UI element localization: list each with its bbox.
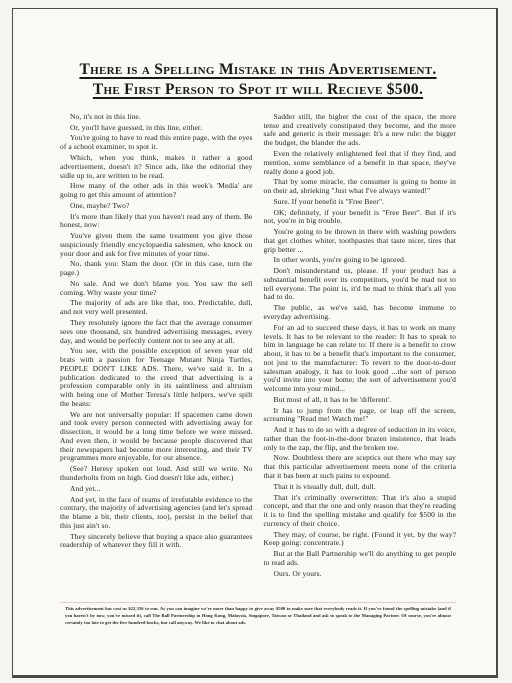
paragraph: (See? Heresy spoken out loud. And still … xyxy=(60,465,253,483)
paragraph: And yet, in the face of reams of irrefut… xyxy=(60,496,253,531)
headline-line-1: There is a Spelling Mistake in this Adve… xyxy=(60,60,456,80)
left-column: No, it's not in this line. Or, you'll ha… xyxy=(60,113,253,599)
paragraph: One, maybe? Two? xyxy=(60,202,253,211)
paragraph: You're going to have to read this entire… xyxy=(60,134,253,152)
ad-body: No, it's not in this line. Or, you'll ha… xyxy=(60,113,456,599)
paragraph: No sale. And we don't blame you. You saw… xyxy=(60,280,253,298)
paragraph: The majority of ads are like that, too. … xyxy=(60,299,253,317)
paragraph: In other words, you're going to be ignor… xyxy=(264,256,457,265)
paragraph: And it has to do so with a degree of sed… xyxy=(264,426,457,452)
paragraph: We are not universally popular: If space… xyxy=(60,411,253,464)
paragraph: It has to jump from the page, or leap of… xyxy=(264,407,457,425)
paragraph: But most of all, it has to be 'different… xyxy=(264,396,457,405)
paragraph: Or, you'll have guessed, in this line, e… xyxy=(60,124,253,133)
paragraph: You see, with the possible exception of … xyxy=(60,347,253,408)
paragraph: Sadder still, the higher the cost of the… xyxy=(264,113,457,148)
paragraph: Which, when you think, makes it rather a… xyxy=(60,154,253,180)
paragraph: The public, as we've said, has become im… xyxy=(264,304,457,322)
paragraph: No, it's not in this line. xyxy=(60,113,253,122)
right-column: Sadder still, the higher the cost of the… xyxy=(264,113,457,599)
paragraph: Now. Doubtless there are sceptics out th… xyxy=(264,454,457,480)
paragraph: OK; definitely, if your benefit is "Free… xyxy=(264,209,457,227)
headline-line-2: The First Person to Spot it will Recieve… xyxy=(60,80,456,100)
paragraph: Don't misunderstand us, please. If your … xyxy=(264,267,457,302)
ad-content: There is a Spelling Mistake in this Adve… xyxy=(13,60,496,626)
paragraph: How many of the other ads in this week's… xyxy=(60,182,253,200)
paragraph: They sincerely believe that buying a spa… xyxy=(60,533,253,551)
paragraph: No, thank you: Slam the door. (Or in thi… xyxy=(60,260,253,278)
paragraph: That it is visually dull, dull, dull. xyxy=(264,483,457,492)
paragraph: Ours. Or yours. xyxy=(264,570,457,579)
paragraph: For an ad to succeed these days, it has … xyxy=(264,324,457,394)
paragraph: You've given them the same treatment you… xyxy=(60,232,253,258)
paragraph: They resolutely ignore the fact that the… xyxy=(60,319,253,345)
paragraph: That it's criminally overwritten: That i… xyxy=(264,494,457,529)
ad-page-border: There is a Spelling Mistake in this Adve… xyxy=(12,8,498,678)
ad-headline: There is a Spelling Mistake in this Adve… xyxy=(60,60,456,101)
footer-divider xyxy=(60,602,456,603)
fine-print: This advertisement has cost us $22,336 t… xyxy=(60,605,456,626)
paragraph: Even the relatively enlightened feel tha… xyxy=(264,150,457,176)
paragraph: But at the Ball Partnership we'll do any… xyxy=(264,550,457,568)
paragraph: You're going to be thrown in there with … xyxy=(264,228,457,254)
paragraph: They may, of course, be right. (Found it… xyxy=(264,531,457,549)
paragraph: Sure. If your benefit is "Free Beer". xyxy=(264,198,457,207)
paragraph: And yet... xyxy=(60,485,253,494)
paragraph: It's more than likely that you haven't r… xyxy=(60,213,253,231)
paragraph: That by some miracle, the consumer is go… xyxy=(264,178,457,196)
